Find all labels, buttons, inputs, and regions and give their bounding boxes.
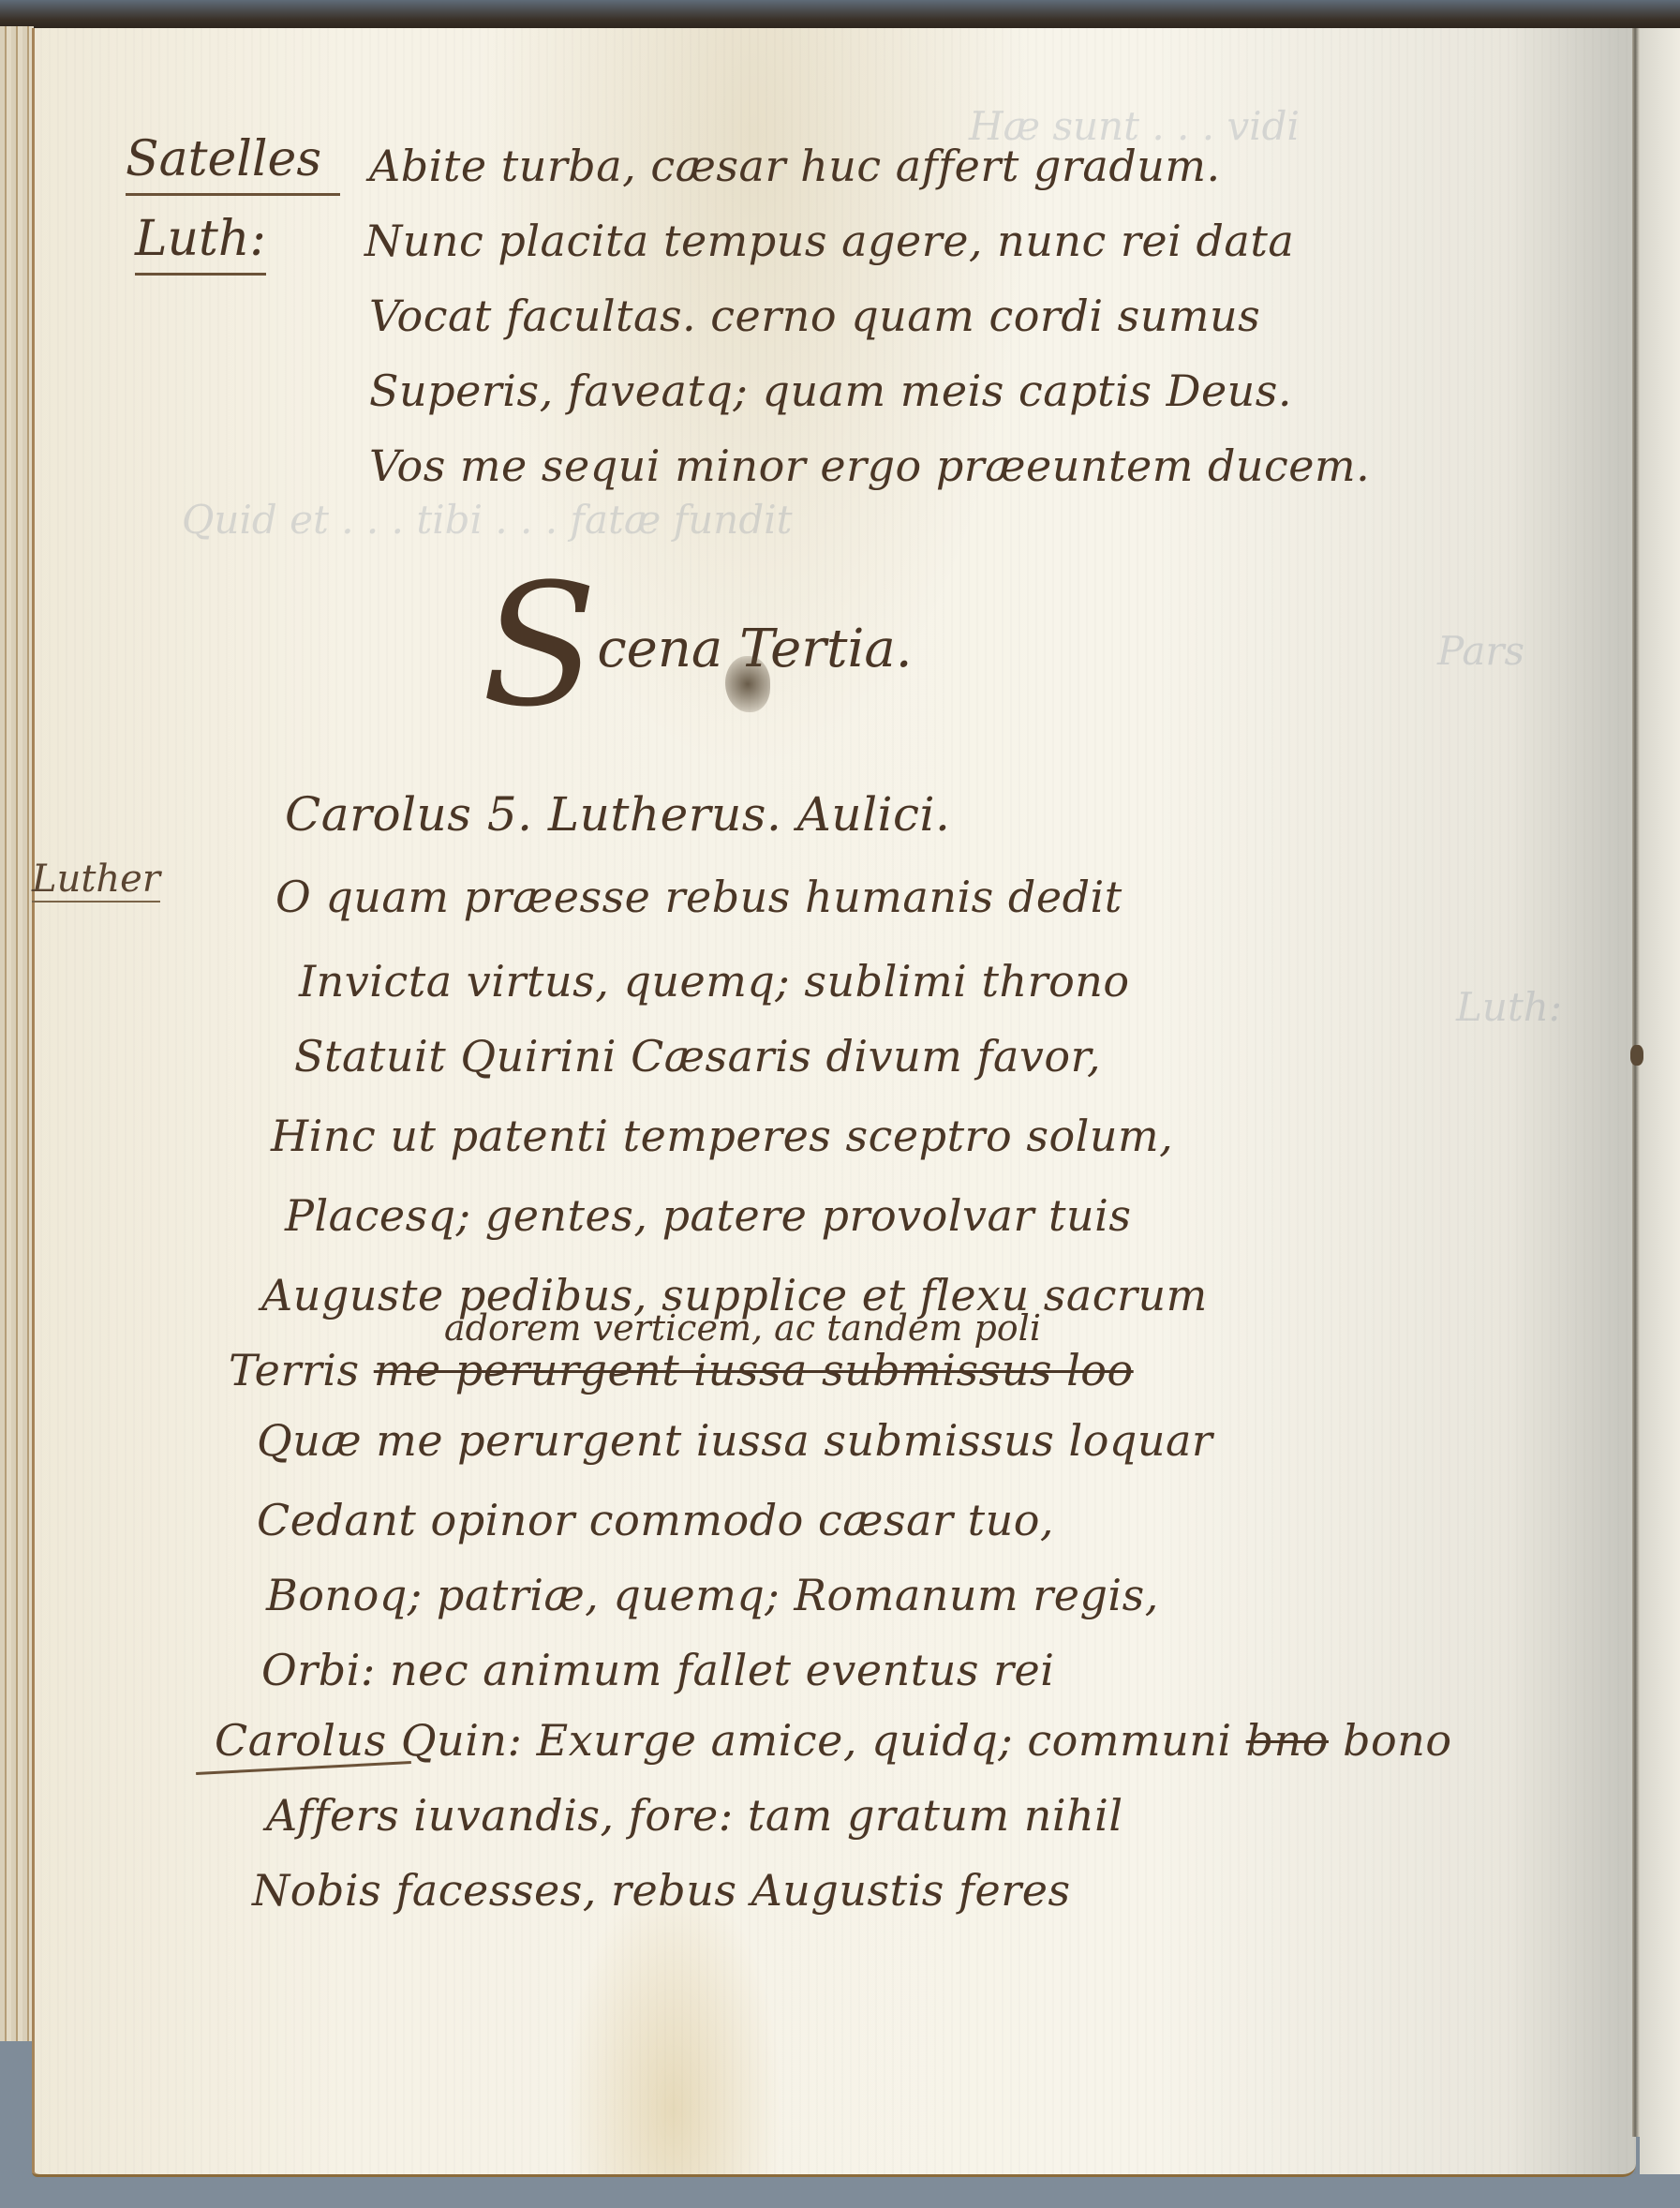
bleed-through-margin-pars: Pars: [1437, 628, 1524, 674]
margin-note-luther: Luther: [32, 858, 160, 903]
struck-verse-line: Terris me perurgent iussa submissus loo: [229, 1345, 1134, 1395]
verse-text: Exurge amice, quidq; communi: [537, 1715, 1232, 1766]
struck-line-start: Terris: [229, 1345, 360, 1395]
replacement-word: bono: [1343, 1715, 1451, 1766]
struck-word: bno: [1246, 1715, 1329, 1766]
adjacent-page-edge: [1640, 28, 1680, 2174]
scene-heading-initial: S: [482, 548, 597, 744]
dramatis-personae: Carolus 5. Lutherus. Aulici.: [285, 787, 950, 842]
binding-gutter: [1632, 28, 1640, 2137]
verse-line: Orbi: nec animum fallet eventus rei: [261, 1645, 1055, 1695]
speaker-satelles: Satelles: [126, 131, 340, 196]
ink-blot: [725, 656, 770, 712]
verse-line: Placesq; gentes, patere provolvar tuis: [285, 1190, 1132, 1241]
verse-line: Statuit Quirini Cæsaris divum favor,: [294, 1031, 1101, 1082]
verse-line: Cedant opinor commodo cæsar tuo,: [257, 1495, 1054, 1545]
verse-line: Invicta virtus, quemq; sublimi throno: [299, 956, 1130, 1007]
verse-line: Superis, faveatq; quam meis captis Deus.: [369, 366, 1292, 416]
verse-line: Nobis facesses, rebus Augustis feres: [252, 1865, 1071, 1916]
binding-tear: [1630, 1045, 1643, 1066]
verse-line: O quam præesse rebus humanis dedit: [275, 872, 1122, 922]
bleed-through-margin-luth: Luth:: [1456, 984, 1562, 1030]
manuscript-page: Hæ sunt . . . vidi Quid et . . . tibi . …: [32, 28, 1636, 2177]
verse-line: Abite turba, cæsar huc affert gradum.: [369, 141, 1221, 191]
verse-line: Vos me sequi minor ergo præeuntem ducem.: [369, 440, 1370, 491]
scanner-top-edge: [0, 0, 1680, 28]
interlinear-insertion: adorem verticem, ac tandem poli: [444, 1307, 1041, 1349]
bleed-through-text: Quid et . . . tibi . . . fatæ fundit: [182, 497, 793, 543]
struck-text: me perurgent iussa submissus loo: [374, 1345, 1134, 1395]
verse-line: Hinc ut patenti temperes sceptro solum,: [271, 1111, 1173, 1161]
verse-line: Quæ me perurgent iussa submissus loquar: [257, 1415, 1212, 1466]
verse-line: Vocat facultas. cerno quam cordi sumus: [369, 291, 1260, 341]
speaker-carolus: Carolus Quin:: [215, 1715, 523, 1766]
carolus-first-line: Carolus Quin: Exurge amice, quidq; commu…: [215, 1715, 1452, 1766]
verse-line: Nunc placita tempus agere, nunc rei data: [364, 216, 1294, 266]
page-stack-edge: [0, 26, 34, 2041]
verse-line: Bonoq; patriæ, quemq; Romanum regis,: [266, 1570, 1159, 1620]
speaker-luther: Luth:: [135, 211, 266, 276]
verse-line: Affers iuvandis, fore: tam gratum nihil: [266, 1790, 1123, 1841]
scene-heading: Scena Tertia.: [482, 562, 913, 731]
